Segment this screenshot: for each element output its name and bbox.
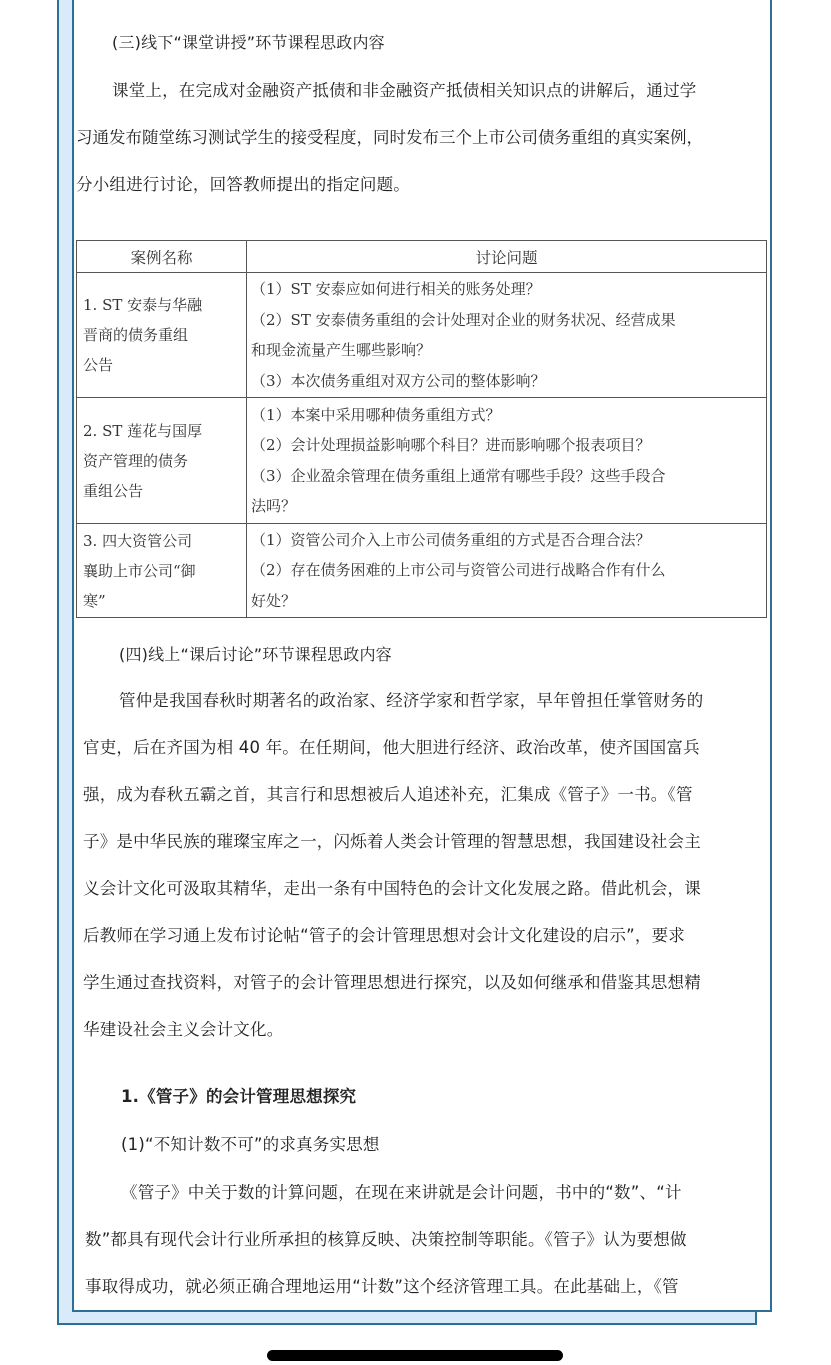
column-header-case-name: 案例名称 <box>77 241 247 273</box>
subsection1-paragraph-line: 数”都具有现代会计行业所承担的核算反映、决策控制等职能。《管子》认为要想做 <box>85 1230 687 1250</box>
question-line: （2）ST 安泰债务重组的会计处理对企业的财务状况、经营成果 <box>251 305 766 336</box>
section3-paragraph-line: 课堂上，在完成对金融资产抵债和非金融资产抵债相关知识点的讲解后，通过学 <box>112 81 697 101</box>
case-name-cell: 3. 四大资管公司 襄助上市公司“御 寒” <box>77 524 247 618</box>
case-name-line: 1. ST 安泰与华融 <box>83 290 246 320</box>
questions-cell: （1）本案中采用哪种债务重组方式？ （2）会计处理损益影响哪个科目？进而影响哪个… <box>247 398 767 524</box>
column-header-discussion-questions: 讨论问题 <box>247 241 767 273</box>
question-line: 法吗？ <box>251 491 766 522</box>
case-name-line: 寒” <box>83 586 246 616</box>
subsection1-item1-heading: (1)“不知计数不可”的求真务实思想 <box>121 1135 380 1155</box>
question-line: 好处？ <box>251 586 766 617</box>
case-name-line: 2. ST 莲花与国厚 <box>83 416 246 446</box>
section4-paragraph-line: 义会计文化可汲取其精华，走出一条有中国特色的会计文化发展之路。借此机会，课 <box>83 879 701 899</box>
questions-cell: （1）资管公司介入上市公司债务重组的方式是否合理合法？ （2）存在债务困难的上市… <box>247 524 767 618</box>
question-line: （1）资管公司介入上市公司债务重组的方式是否合理合法？ <box>251 525 766 556</box>
case-name-cell: 1. ST 安泰与华融 晋商的债务重组 公告 <box>77 273 247 398</box>
subsection1-heading: 1.《管子》的会计管理思想探究 <box>121 1087 356 1107</box>
case-name-line: 3. 四大资管公司 <box>83 526 246 556</box>
case-name-line: 重组公告 <box>83 476 246 506</box>
question-line: （1）ST 安泰应如何进行相关的账务处理？ <box>251 274 766 305</box>
section3-paragraph-line: 分小组进行讨论，回答教师提出的指定问题。 <box>76 175 410 195</box>
question-line: （3）本次债务重组对双方公司的整体影响？ <box>251 366 766 397</box>
section3-paragraph-line: 习通发布随堂练习测试学生的接受程度，同时发布三个上市公司债务重组的真实案例， <box>76 128 703 148</box>
question-line: 和现金流量产生哪些影响？ <box>251 335 766 366</box>
table-header-row: 案例名称 讨论问题 <box>77 241 767 273</box>
section4-paragraph-line: 强，成为春秋五霸之首，其言行和思想被后人追述补充，汇集成《管子》一书。《管 <box>83 785 693 805</box>
subsection1-paragraph-line: 事取得成功，就必须正确合理地运用“计数”这个经济管理工具。在此基础上，《管 <box>85 1277 679 1297</box>
section3-heading: (三)线下“课堂讲授”环节课程思政内容 <box>112 33 385 53</box>
section4-heading: (四)线上“课后讨论”环节课程思政内容 <box>119 645 392 665</box>
question-line: （3）企业盈余管理在债务重组上通常有哪些手段？这些手段合 <box>251 461 766 492</box>
case-name-line: 资产管理的债务 <box>83 446 246 476</box>
section4-paragraph-line: 后教师在学习通上发布讨论帖“管子的会计管理思想对会计文化建设的启示”，要求 <box>83 926 685 946</box>
case-name-line: 襄助上市公司“御 <box>83 556 246 586</box>
questions-cell: （1）ST 安泰应如何进行相关的账务处理？ （2）ST 安泰债务重组的会计处理对… <box>247 273 767 398</box>
home-indicator-bar[interactable] <box>267 1350 563 1361</box>
case-discussion-table: 案例名称 讨论问题 1. ST 安泰与华融 晋商的债务重组 公告 （1）ST 安… <box>76 240 767 618</box>
question-line: （2）会计处理损益影响哪个科目？进而影响哪个报表项目？ <box>251 430 766 461</box>
question-line: （2）存在债务困难的上市公司与资管公司进行战略合作有什么 <box>251 555 766 586</box>
table-row: 2. ST 莲花与国厚 资产管理的债务 重组公告 （1）本案中采用哪种债务重组方… <box>77 398 767 524</box>
table-row: 1. ST 安泰与华融 晋商的债务重组 公告 （1）ST 安泰应如何进行相关的账… <box>77 273 767 398</box>
section4-paragraph-line: 管仲是我国春秋时期著名的政治家、经济学家和哲学家，早年曾担任掌管财务的 <box>119 691 704 711</box>
subsection1-paragraph-line: 《管子》中关于数的计算问题，在现在来讲就是会计问题，书中的“数”、“计 <box>121 1183 682 1203</box>
case-name-line: 晋商的债务重组 <box>83 320 246 350</box>
section4-paragraph-line: 学生通过查找资料，对管子的会计管理思想进行探究，以及如何继承和借鉴其思想精 <box>83 973 701 993</box>
section4-paragraph-line: 华建设社会主义会计文化。 <box>83 1020 283 1040</box>
section4-paragraph-line: 官吏，后在齐国为相 40 年。在任期间，他大胆进行经济、政治改革，使齐国国富兵 <box>83 738 700 758</box>
question-line: （1）本案中采用哪种债务重组方式？ <box>251 400 766 431</box>
table-row: 3. 四大资管公司 襄助上市公司“御 寒” （1）资管公司介入上市公司债务重组的… <box>77 524 767 618</box>
case-name-cell: 2. ST 莲花与国厚 资产管理的债务 重组公告 <box>77 398 247 524</box>
section4-paragraph-line: 子》是中华民族的璀璨宝库之一，闪烁着人类会计管理的智慧思想，我国建设社会主 <box>83 832 701 852</box>
case-name-line: 公告 <box>83 350 246 380</box>
